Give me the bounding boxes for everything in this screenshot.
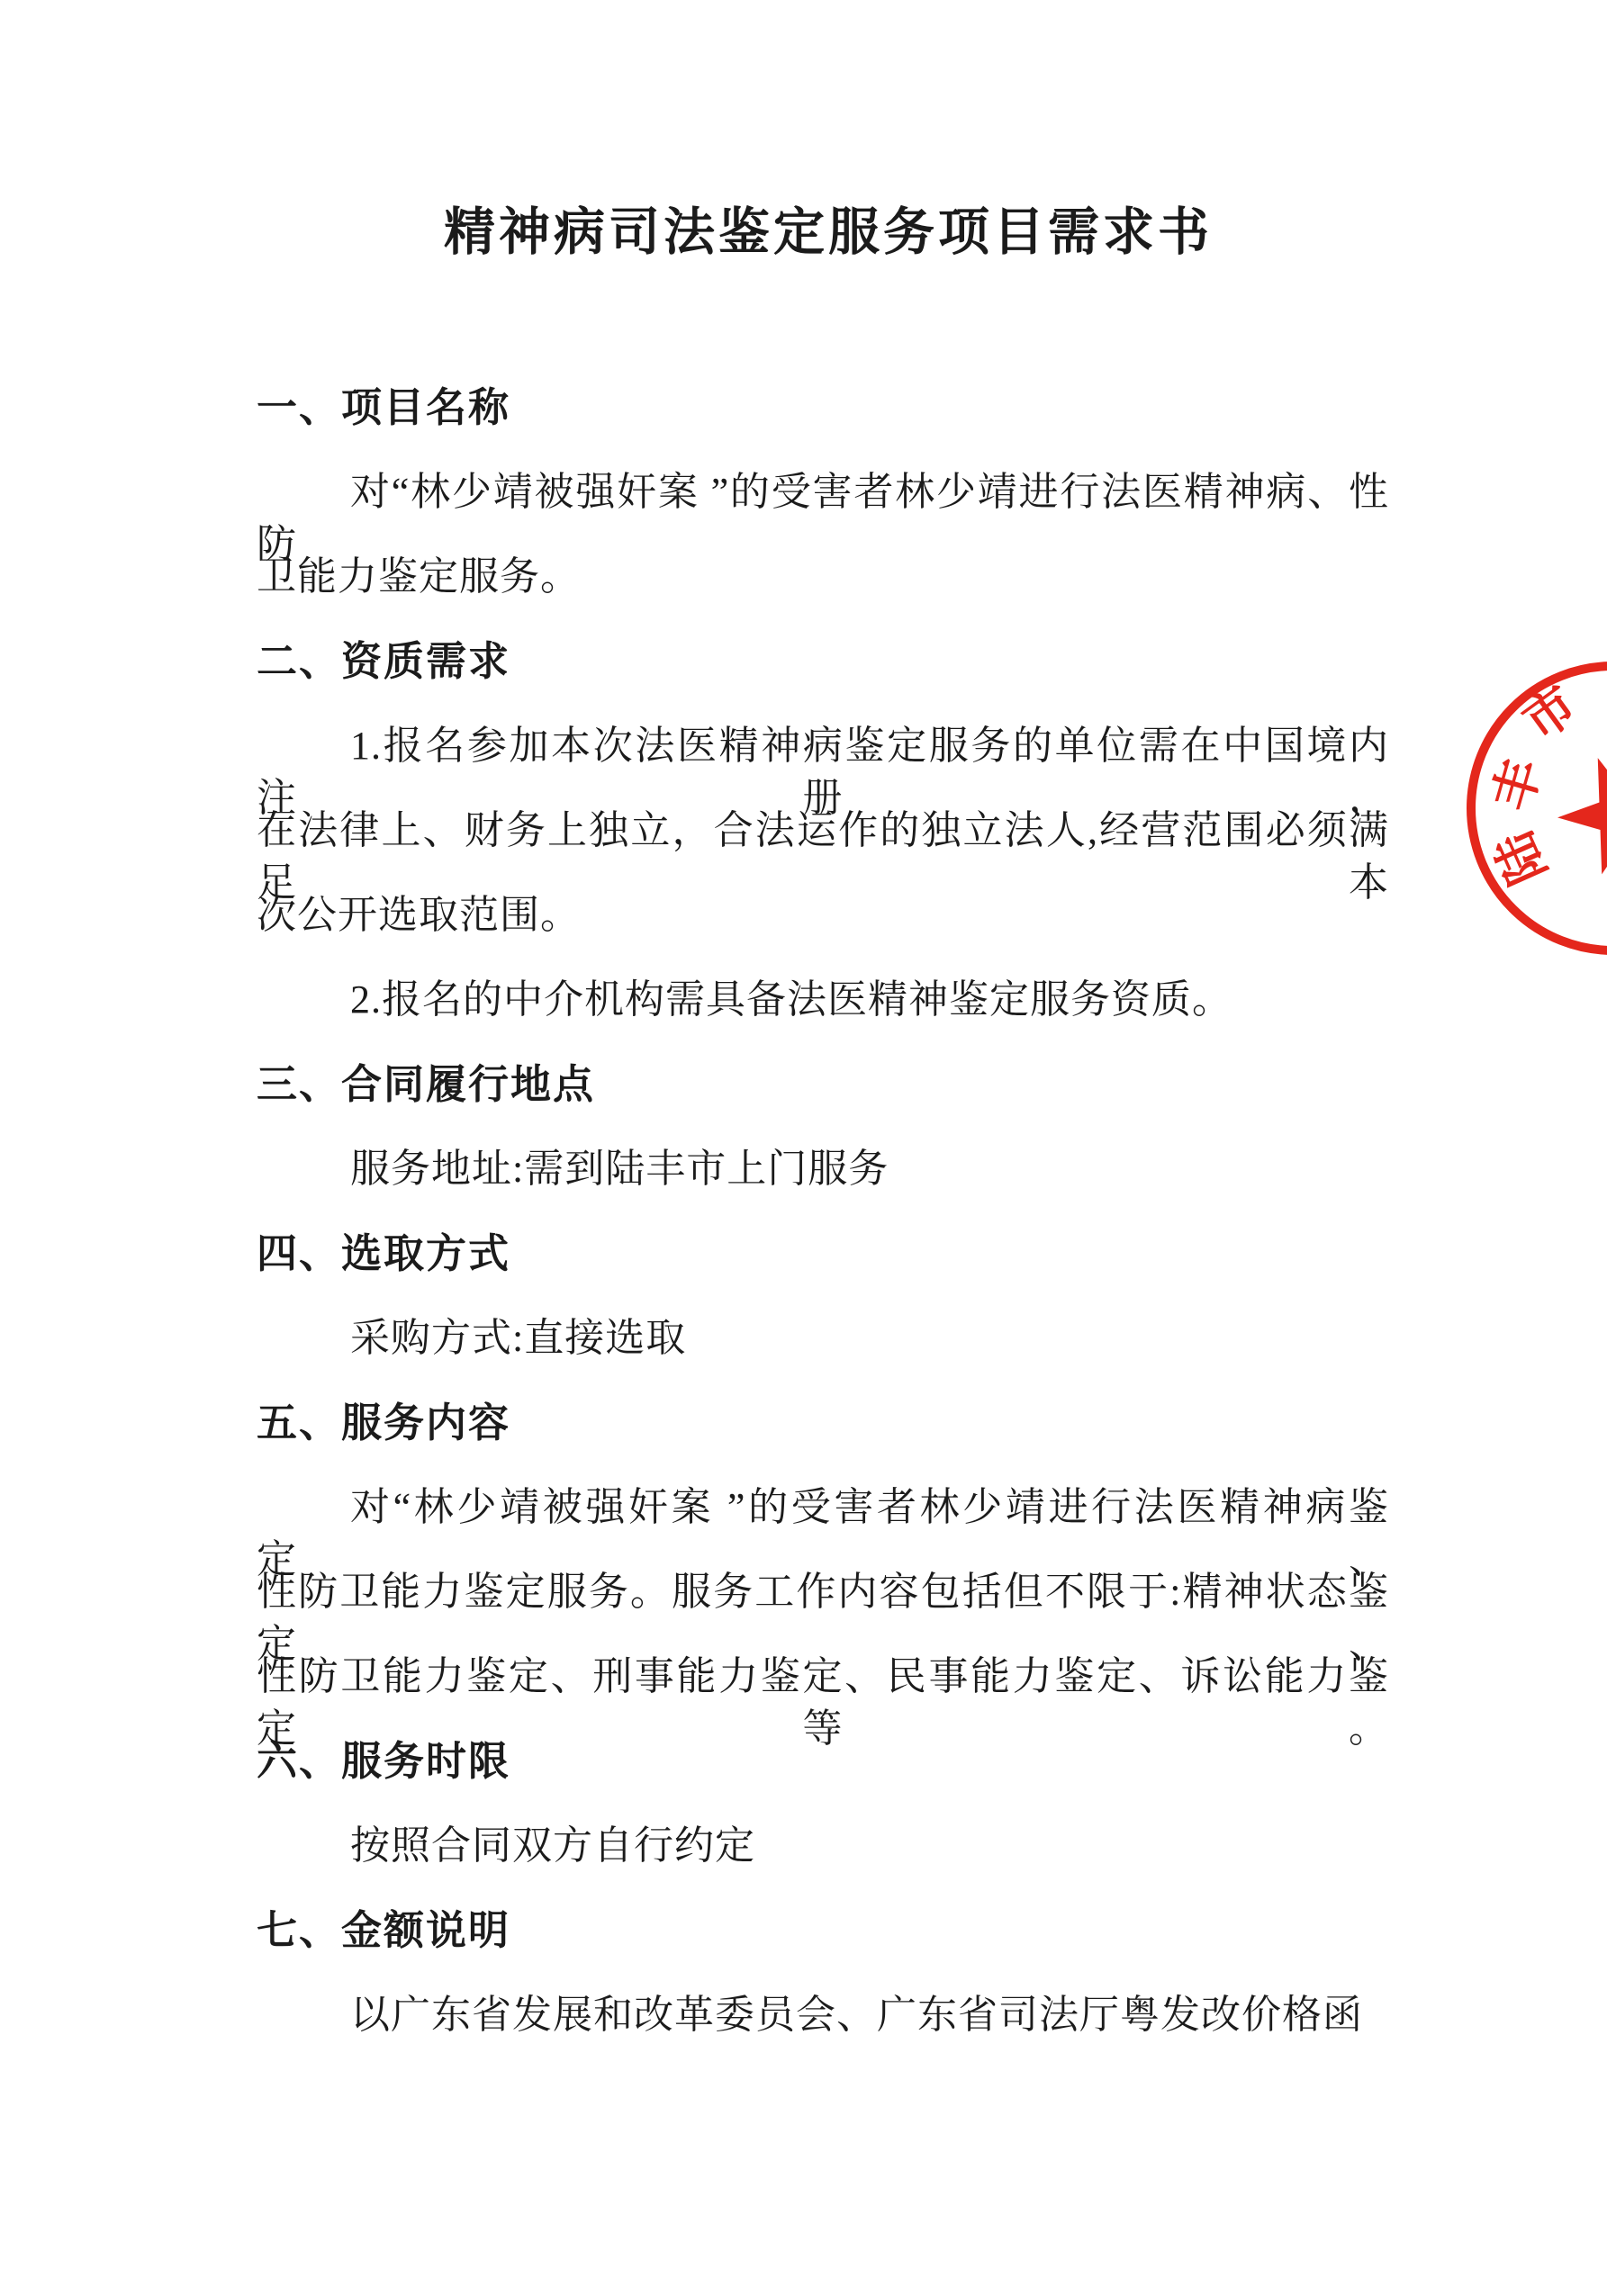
body-line: 2.报名的中介机构需具备法医精神鉴定服务资质。 — [257, 974, 1389, 1058]
section-heading-3: 三、合同履行地点 — [257, 1058, 1389, 1143]
body-line: 在法律上、财务上独立，合法运作的独立法人,经营范围必须满足本 — [257, 805, 1389, 889]
seal-character: 市 — [1512, 675, 1588, 752]
body-line: 按照合同双方自行约定 — [257, 1820, 1389, 1904]
body-line: 性防卫能力鉴定服务。服务工作内容包括但不限于:精神状态鉴定、 — [257, 1566, 1389, 1651]
document-page: 精神病司法鉴定服务项目需求书 一、项目名称 对“林少靖被强奸案 ”的受害者林少靖… — [0, 0, 1607, 2296]
document-body: 一、项目名称 对“林少靖被强奸案 ”的受害者林少靖进行法医精神病、性防 卫能力鉴… — [257, 382, 1389, 2074]
body-line: 服务地址:需到陆丰市上门服务 — [257, 1143, 1389, 1228]
body-line: 采购方式:直接选取 — [257, 1312, 1389, 1397]
section-heading-1: 一、项目名称 — [257, 382, 1389, 466]
seal-character: 丰 — [1483, 752, 1553, 817]
body-line: 性防卫能力鉴定、刑事能力鉴定、民事能力鉴定、诉讼能力鉴定等。 — [257, 1651, 1389, 1735]
official-seal: 市 丰 陆 — [1386, 635, 1607, 999]
body-line: 对“林少靖被强奸案 ”的受害者林少靖进行法医精神病、性防 — [257, 466, 1389, 551]
section-heading-4: 四、选取方式 — [257, 1228, 1389, 1312]
body-line: 1.报名参加本次法医精神病鉴定服务的单位需在中国境内注册， — [257, 720, 1389, 805]
body-line: 对“林少靖被强奸案 ”的受害者林少靖进行法医精神病鉴定、 — [257, 1481, 1389, 1566]
section-heading-2: 二、资质需求 — [257, 635, 1389, 720]
section-heading-7: 七、金额说明 — [257, 1904, 1389, 1989]
body-line: 卫能力鉴定服务。 — [257, 551, 1389, 635]
section-heading-5: 五、服务内容 — [257, 1397, 1389, 1481]
document-title: 精神病司法鉴定服务项目需求书 — [257, 191, 1400, 265]
body-line: 以广东省发展和改革委员会、广东省司法厅粤发改价格函 — [257, 1989, 1389, 2074]
